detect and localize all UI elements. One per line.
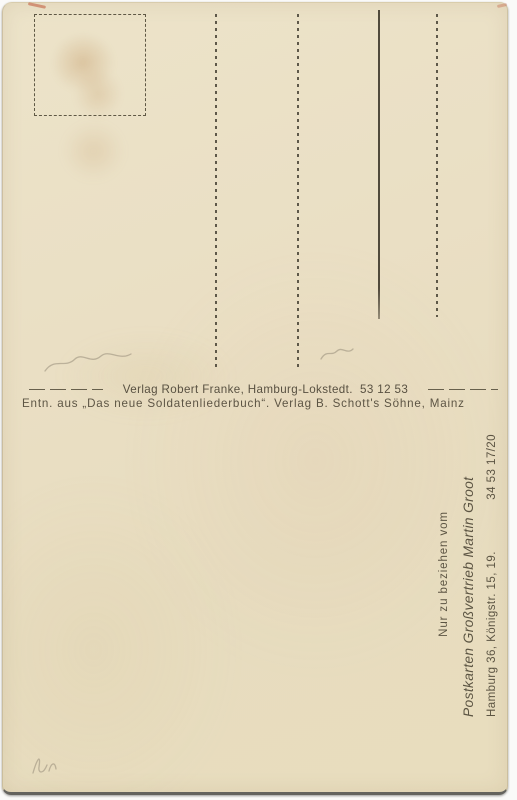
divider-dotted-line-2 (297, 14, 299, 367)
divider-dotted-line-1 (215, 14, 217, 370)
distributor-order-number: 34 53 17/20 (486, 434, 498, 500)
faint-paper-patch (31, 321, 261, 431)
distributor-imprint-rotated: Nur zu beziehen vom Postkarten Großvertr… (438, 431, 498, 717)
distributor-line-3: Hamburg 36, Königstr. 15, 19. 34 53 17/2… (486, 431, 498, 717)
pencil-scribble-center (321, 349, 353, 359)
publisher-line: Verlag Robert Franke, Hamburg-Lokstedt. … (123, 383, 408, 396)
stamp-box (34, 14, 146, 116)
source-credit-line: Entn. aus „Das neue Soldatenliederbuch“.… (22, 397, 465, 410)
scanner-background: Verlag Robert Franke, Hamburg-Lokstedt. … (0, 0, 517, 800)
right-dash-rule (428, 389, 498, 391)
publisher-row: Verlag Robert Franke, Hamburg-Lokstedt. … (29, 383, 498, 396)
left-dash-rule (29, 389, 103, 391)
distributor-line-2: Postkarten Großvertrieb Martin Groot (461, 431, 476, 717)
pencil-scribble-corner (33, 759, 56, 773)
divider-solid-line (378, 10, 380, 319)
faint-stain (51, 115, 136, 205)
red-edge-mark-right (497, 3, 507, 8)
postcard-back: Verlag Robert Franke, Hamburg-Lokstedt. … (2, 2, 508, 795)
red-edge-mark-left (28, 2, 46, 8)
distributor-address: Hamburg 36, Königstr. 15, 19. (486, 551, 498, 717)
pencil-scribble-left (45, 354, 131, 371)
divider-dotted-line-3 (436, 14, 438, 317)
distributor-line-1: Nur zu beziehen vom (438, 431, 450, 717)
